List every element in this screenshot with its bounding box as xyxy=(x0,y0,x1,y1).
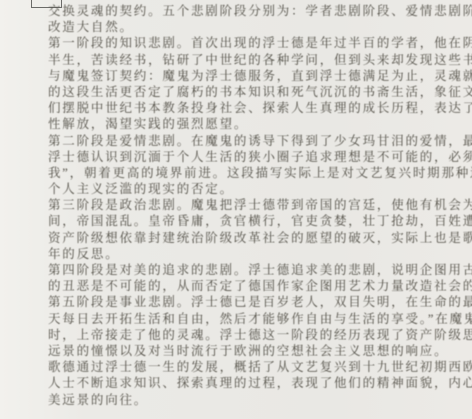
text-line: 与魔鬼签订契约：魔鬼为浮士德服务，直到浮士德满足为止，灵魂就归魔鬼所有。 xyxy=(48,68,472,84)
text-line: 歌德通过浮士德一生的发展，概括了从文艺复兴到十九世纪初期西欧资产阶级上升时 xyxy=(48,359,472,375)
text-line: 的丑恶是不可能的，从而否定了德国作家企图用艺术力量改造社会的幻想。 xyxy=(48,278,472,294)
text-line: 时，上帝接走了他的灵魂。浮士德这一阶段的经历表现了资产阶级思想家对人类社 xyxy=(48,327,472,343)
text-line: 远景的憧憬以及对当时流行于欧洲的空想社会主义思想的响应。 xyxy=(48,343,472,359)
text-line: 间，帝国混乱。皇帝昏庸，贪官横行，官吏贪婪，壮丁抢劫，百姓遭殃。这段描写 xyxy=(48,213,472,229)
text-column: 交换灵魂的契约。五个悲剧阶段分别为：学者悲剧阶段、爱情悲剧阶段、政治、美改造大自… xyxy=(48,3,472,408)
text-line: 第二阶段是爱情悲剧。在魔鬼的诱导下得到了少女玛甘泪的爱情，最终以悲剧收场 xyxy=(48,133,472,149)
text-line: 第三阶段是政治悲剧。魔鬼把浮士德带到帝国的宫廷，使他有机会为皇帝服务。 xyxy=(48,197,472,213)
text-line: 美远景的向往。 xyxy=(48,392,472,408)
text-line: 人士不断追求知识、探索真理的过程，表现了他们的精神面貌，内心矛盾以及他们 xyxy=(48,375,472,391)
text-line: 改造大自然。 xyxy=(48,19,472,35)
text-line: 资产阶级想依靠封建统治阶级改革社会的愿望的破灭，实际上也是歌德对自己在魏 xyxy=(48,230,472,246)
text-line: 半生，苦读经书，钻研了中世纪的各种学问，但到头来却发现这些书本知识毫无 xyxy=(48,52,472,68)
text-line: 年的反思。 xyxy=(48,246,472,262)
text-line: 个人主义泛滥的现实的否定。 xyxy=(48,181,472,197)
text-line: 交换灵魂的契约。五个悲剧阶段分别为：学者悲剧阶段、爱情悲剧阶段、政治、美 xyxy=(48,3,472,19)
text-line: 第一阶段的知识悲剧。首次出现的浮士德是年过半百的学者，他在阴暗的书斋里度 xyxy=(48,35,472,51)
text-line: 天每日去开拓生活和自由，然后才能够作自由与生活的享受。”在魔鬼差役来挖 xyxy=(48,311,472,327)
text-line: 我”，朝着更高的境界前进。这段描写实际上是对文艺复兴时期那种过分追求官能 xyxy=(48,165,472,181)
text-line: 第五阶段是事业悲剧。浮士德已是百岁老人，双目失明，在生命的最后才恍然大悟 xyxy=(48,294,472,310)
text-line: 的这段生活更否定了腐朽的书本知识和死气沉沉的书斋生活，象征文艺复兴时期人 xyxy=(48,84,472,100)
text-line: 性解放，渴望实践的强烈愿望。 xyxy=(48,116,472,132)
text-line: 浮士德认识到沉湎于个人生活的狭小圈子追求理想是不可能的，必须克服“小我”走 xyxy=(48,149,472,165)
text-line: 们摆脱中世纪书本教条投身社会、探索人生真理的成长历程，表达了新兴资产阶级 xyxy=(48,100,472,116)
scanned-page: 交换灵魂的契约。五个悲剧阶段分别为：学者悲剧阶段、爱情悲剧阶段、政治、美改造大自… xyxy=(0,0,472,419)
text-line: 第四阶段是对美的追求的悲剧。浮士德追求美的悲剧，说明企图用古代艺术来消除现 xyxy=(48,262,472,278)
